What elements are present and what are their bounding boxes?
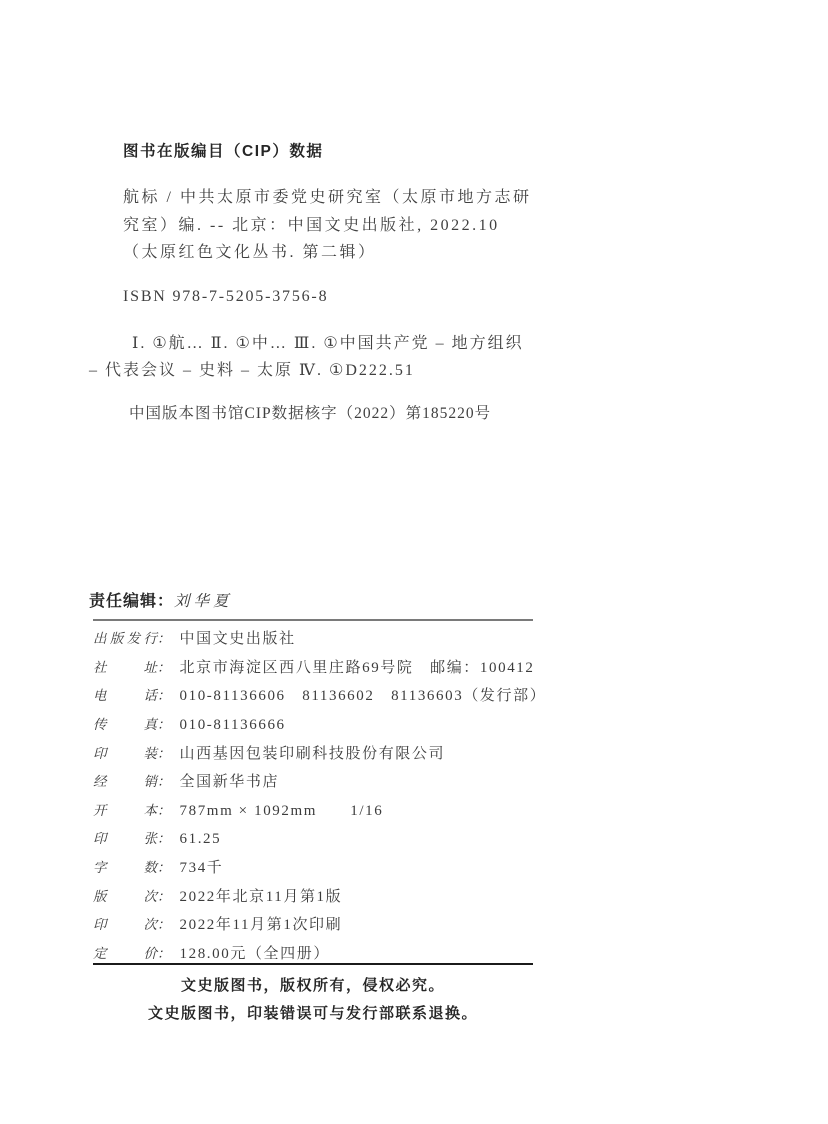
publication-colon: ： [157, 913, 171, 933]
table-row: 开本：787mm × 1092mm 1/16 [93, 799, 546, 828]
publication-value: 全国新华书店 [180, 770, 280, 791]
table-row: 印装：山西基因包装印刷科技股份有限公司 [93, 742, 546, 771]
publication-value: 2022年11月第1次印刷 [180, 913, 343, 934]
table-row: 定价：128.00元（全四册） [93, 942, 546, 971]
cip-registry: 中国版本图书馆CIP数据核字（2022）第185220号 [129, 401, 491, 423]
copyright-notice-line: 文史版图书，印装错误可与发行部联系退换。 [93, 1000, 533, 1028]
table-row: 出版发行：中国文史出版社 [93, 627, 546, 656]
copyright-notices: 文史版图书，版权所有，侵权必究。 文史版图书，印装错误可与发行部联系退换。 [93, 972, 533, 1027]
table-row: 字数：734千 [93, 856, 546, 885]
publication-colon: ： [157, 627, 171, 647]
cip-record: 航标 / 中共太原市委党史研究室（太原市地方志研 究室）编. -- 北京：中国文… [123, 184, 531, 267]
table-row: 印张：61.25 [93, 827, 546, 856]
cip-record-line: 航标 / 中共太原市委党史研究室（太原市地方志研 [123, 184, 531, 212]
publication-colon: ： [157, 742, 171, 762]
publication-value: 128.00元（全四册） [180, 942, 330, 963]
publication-value: 山西基因包装印刷科技股份有限公司 [180, 742, 446, 763]
publication-colon: ： [157, 770, 171, 790]
publication-colon: ： [157, 942, 171, 962]
publication-table: 出版发行：中国文史出版社 社址：北京市海淀区西八里庄路69号院 邮编：10041… [93, 627, 546, 971]
cip-heading: 图书在版编目（CIP）数据 [123, 139, 323, 161]
divider-bottom [93, 963, 533, 965]
publication-value: 787mm × 1092mm 1/16 [180, 799, 384, 820]
cip-classification: Ⅰ. ①航… Ⅱ. ①中… Ⅲ. ①中国共产党 – 地方组织 – 代表会议 – … [89, 331, 524, 384]
copyright-page: 图书在版编目（CIP）数据 航标 / 中共太原市委党史研究室（太原市地方志研 究… [0, 0, 828, 1124]
table-row: 传真：010-81136666 [93, 713, 546, 742]
copyright-notice-line: 文史版图书，版权所有，侵权必究。 [93, 972, 533, 1000]
publication-value: 734千 [180, 856, 224, 877]
publication-label: 传真 [93, 713, 157, 733]
publication-label: 版次 [93, 885, 157, 905]
editor-line: 责任编辑：刘华夏 [89, 588, 233, 611]
publication-colon: ： [157, 656, 171, 676]
publication-value: 61.25 [180, 831, 222, 848]
publication-colon: ： [157, 856, 171, 876]
table-row: 印次：2022年11月第1次印刷 [93, 913, 546, 942]
publication-label: 定价 [93, 942, 157, 962]
publication-label: 印张 [93, 827, 157, 847]
cip-record-line: 究室）编. -- 北京：中国文史出版社, 2022.10 [123, 212, 531, 240]
publication-colon: ： [157, 799, 171, 819]
editor-label: 责任编辑： [89, 593, 174, 610]
publication-colon: ： [157, 684, 171, 704]
publication-label: 开本 [93, 799, 157, 819]
table-row: 版次：2022年北京11月第1版 [93, 885, 546, 914]
publication-label: 电话 [93, 684, 157, 704]
publication-label: 出版发行 [93, 627, 157, 647]
divider-top [93, 619, 533, 621]
classification-line: – 代表会议 – 史料 – 太原 Ⅳ. ①D222.51 [89, 358, 524, 385]
publication-label: 字数 [93, 856, 157, 876]
publication-colon: ： [157, 713, 171, 733]
table-row: 电话：010-81136606 81136602 81136603（发行部） [93, 684, 546, 713]
cip-record-line: （太原红色文化丛书. 第二辑） [123, 239, 531, 267]
isbn-line: ISBN 978-7-5205-3756-8 [123, 288, 328, 306]
classification-line: Ⅰ. ①航… Ⅱ. ①中… Ⅲ. ①中国共产党 – 地方组织 [89, 331, 524, 358]
table-row: 经销：全国新华书店 [93, 770, 546, 799]
publication-value: 010-81136666 [180, 717, 286, 734]
table-row: 社址：北京市海淀区西八里庄路69号院 邮编：100412 [93, 656, 546, 685]
publication-label: 印装 [93, 742, 157, 762]
publication-colon: ： [157, 827, 171, 847]
publication-value: 中国文史出版社 [180, 627, 296, 648]
publication-colon: ： [157, 885, 171, 905]
editor-name: 刘华夏 [174, 593, 233, 610]
publication-label: 印次 [93, 913, 157, 933]
publication-value: 010-81136606 81136602 81136603（发行部） [180, 684, 547, 705]
publication-value: 北京市海淀区西八里庄路69号院 邮编：100412 [180, 656, 535, 677]
publication-value: 2022年北京11月第1版 [180, 885, 343, 906]
publication-label: 经销 [93, 770, 157, 790]
publication-label: 社址 [93, 656, 157, 676]
